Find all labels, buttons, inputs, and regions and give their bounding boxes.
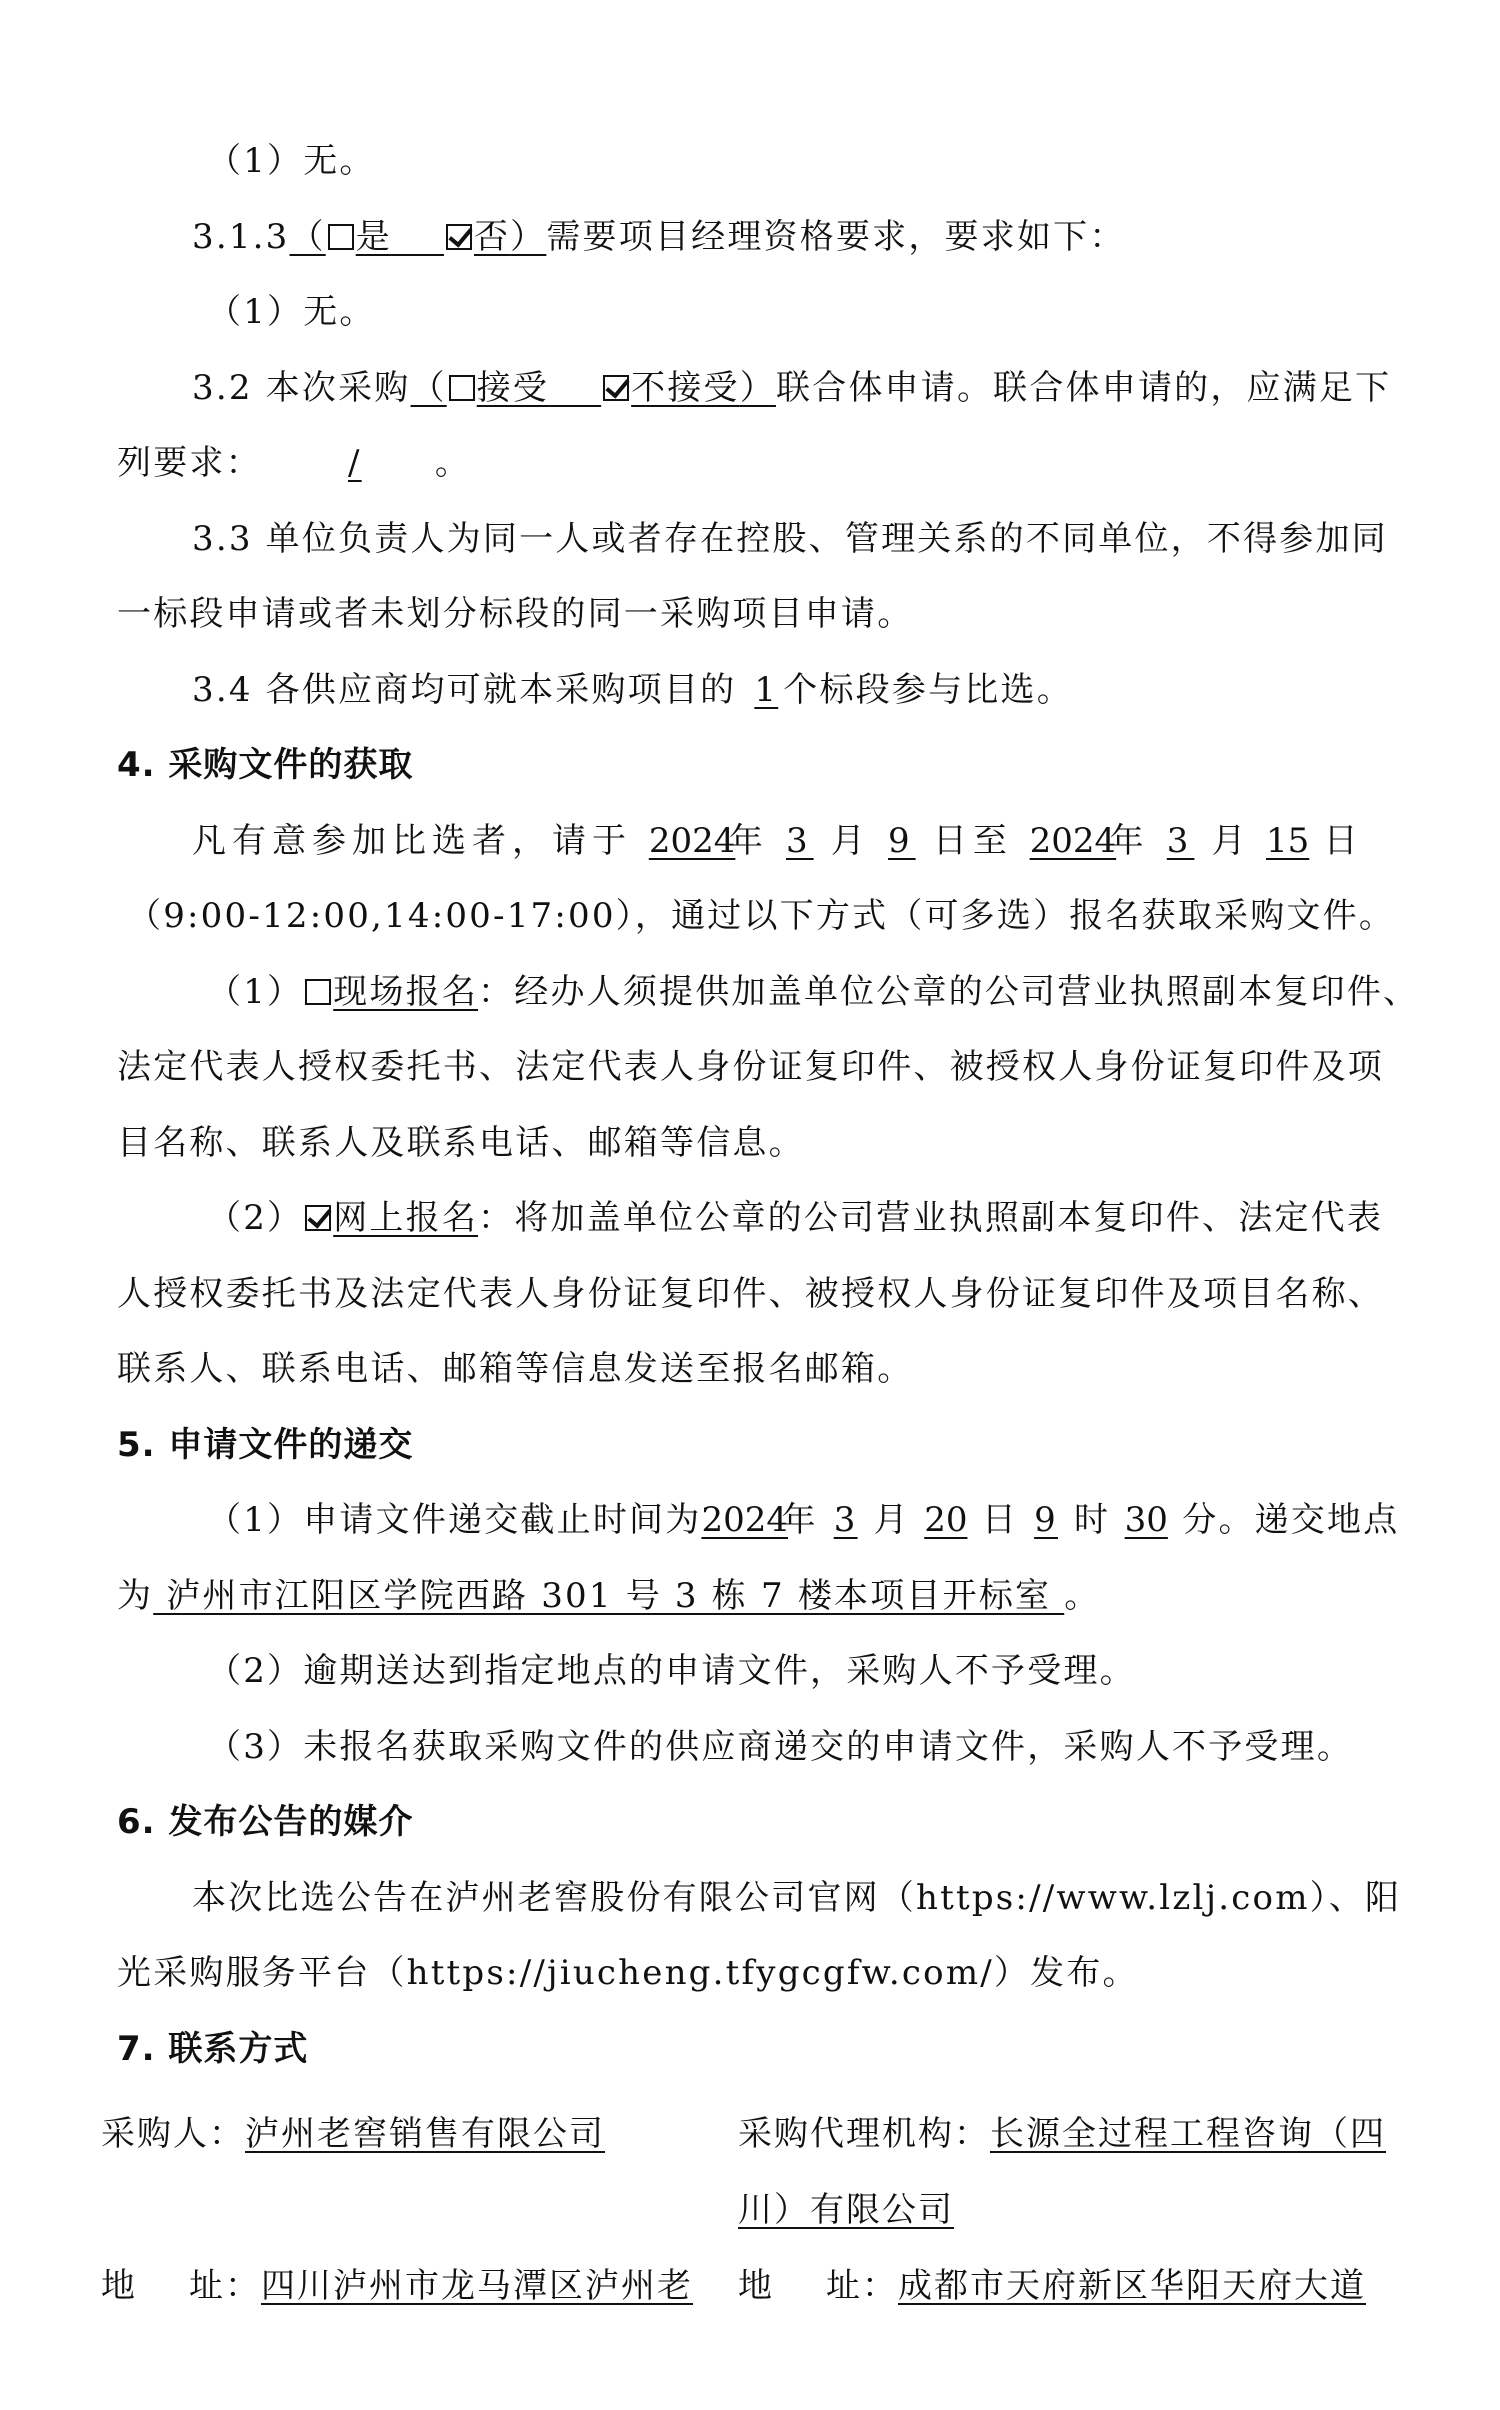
s4-hours-line: （9:00-12:00,14:00-17:00），通过以下方式（可多选）报名获取… <box>117 879 1425 955</box>
s3-1-2-item1: （1）无。 <box>117 124 1425 200</box>
start-day: 9 <box>871 804 933 880</box>
s4-online-line2: 人授权委托书及法定代表人身份证复印件、被授权人身份证复印件及项目名称、 <box>117 1257 1425 1333</box>
start-month: 3 <box>769 804 831 880</box>
checkbox-accept-icon[interactable] <box>449 375 475 401</box>
project-manager-options: （是 否） <box>290 217 547 257</box>
contact-row-names: 采购人：泸州老窖销售有限公司 采购代理机构：长源全过程工程咨询（四 <box>101 2096 1431 2172</box>
contact-row-agency-cont: 川）有限公司 <box>101 2172 1431 2248</box>
agency-cell: 采购代理机构：长源全过程工程咨询（四 <box>738 2096 1386 2172</box>
document-page: （1）无。 3.1.3（是 否）需要项目经理资格要求，要求如下： （1）无。 3… <box>117 124 1425 2087</box>
deadline-year: 2024 <box>701 1483 781 1559</box>
agency-name: 长源全过程工程咨询（四 <box>990 2114 1386 2154</box>
checkbox-no-checked-icon[interactable] <box>446 224 472 250</box>
s5-item2: （2）逾期送达到指定地点的申请文件，采购人不予受理。 <box>117 1634 1425 1710</box>
s3-4-line: 3.4 各供应商均可就本采购项目的 1个标段参与比选。 <box>117 653 1425 729</box>
s4-date-line: 凡有意参加比选者，请于 2024年3月9日至 2024年3月15日 <box>117 804 1425 880</box>
s4-onsite-line1: （1）现场报名：经办人须提供加盖单位公章的公司营业执照副本复印件、 <box>117 955 1425 1031</box>
s4-online-line1: （2）网上报名：将加盖单位公章的公司营业执照副本复印件、法定代表 <box>117 1181 1425 1257</box>
purchaser-address-cell: 地址：四川泸州市龙马潭区泸州老 <box>101 2248 693 2324</box>
checkbox-yes-icon[interactable] <box>328 224 354 250</box>
purchaser-name: 泸州老窖销售有限公司 <box>245 2114 605 2154</box>
end-day: 15 <box>1252 804 1324 880</box>
section-5-heading: 5. 申请文件的递交 <box>117 1408 1425 1484</box>
agency-address-cell: 地址：成都市天府新区华阳天府大道 <box>738 2248 1366 2324</box>
consortium-options: （接受 不接受） <box>411 368 776 408</box>
deadline-minute: 30 <box>1110 1483 1182 1559</box>
s6-line1: 本次比选公告在泸州老窖股份有限公司官网（https://www.lzlj.com… <box>117 1861 1425 1937</box>
s6-line2: 光采购服务平台（https://jiucheng.tfygcgfw.com/）发… <box>117 1936 1425 2012</box>
purchaser-address: 四川泸州市龙马潭区泸州老 <box>261 2266 693 2306</box>
s3-1-3-item1: （1）无。 <box>117 275 1425 351</box>
checkbox-reject-checked-icon[interactable] <box>603 375 629 401</box>
section-6-heading: 6. 发布公告的媒介 <box>117 1785 1425 1861</box>
s3-3-line2: 一标段申请或者未划分标段的同一采购项目申请。 <box>117 577 1425 653</box>
onsite-registration-option: 现场报名 <box>303 972 478 1012</box>
s4-online-line3: 联系人、联系电话、邮箱等信息发送至报名邮箱。 <box>117 1332 1425 1408</box>
start-year: 2024 <box>649 804 729 880</box>
s5-place-line: 为 泸州市江阳区学院西路 301 号 3 栋 7 楼本项目开标室 。 <box>117 1559 1425 1635</box>
s3-1-3-line: 3.1.3（是 否）需要项目经理资格要求，要求如下： <box>117 200 1425 276</box>
s3-2-cont: 列要求： /。 <box>117 426 1425 502</box>
s5-item3: （3）未报名获取采购文件的供应商递交的申请文件，采购人不予受理。 <box>117 1710 1425 1786</box>
s3-3-line1: 3.3 单位负责人为同一人或者存在控股、管理关系的不同单位，不得参加同 <box>117 502 1425 578</box>
s4-onsite-line3: 目名称、联系人及联系电话、邮箱等信息。 <box>117 1106 1425 1182</box>
lot-count: 1 <box>749 653 783 729</box>
requirements-blank: / <box>275 426 435 502</box>
submission-place: 泸州市江阳区学院西路 301 号 3 栋 7 楼本项目开标室 <box>153 1576 1064 1616</box>
deadline-month: 3 <box>818 1483 874 1559</box>
deadline-hour: 9 <box>1018 1483 1074 1559</box>
section-number: 3.1.3 <box>192 217 290 257</box>
section-7-heading: 7. 联系方式 <box>117 2012 1425 2088</box>
purchaser-cell: 采购人：泸州老窖销售有限公司 <box>101 2096 605 2172</box>
contact-table: 采购人：泸州老窖销售有限公司 采购代理机构：长源全过程工程咨询（四 川）有限公司… <box>101 2096 1431 2324</box>
s3-2-line: 3.2 本次采购（接受 不接受）联合体申请。联合体申请的，应满足下 <box>117 351 1425 427</box>
s5-deadline-line: （1）申请文件递交截止时间为2024年3月20日9时30分。递交地点 <box>117 1483 1425 1559</box>
agency-address: 成都市天府新区华阳天府大道 <box>898 2266 1366 2306</box>
agency-name-cont: 川）有限公司 <box>738 2190 954 2230</box>
checkbox-online-checked-icon[interactable] <box>305 1205 331 1231</box>
deadline-day: 20 <box>910 1483 982 1559</box>
end-month: 3 <box>1150 804 1212 880</box>
section-4-heading: 4. 采购文件的获取 <box>117 728 1425 804</box>
end-year: 2024 <box>1030 804 1110 880</box>
online-registration-option: 网上报名 <box>303 1198 478 1238</box>
checkbox-onsite-icon[interactable] <box>305 979 331 1005</box>
s4-onsite-line2: 法定代表人授权委托书、法定代表人身份证复印件、被授权人身份证复印件及项 <box>117 1030 1425 1106</box>
contact-row-address: 地址：四川泸州市龙马潭区泸州老 地址：成都市天府新区华阳天府大道 <box>101 2248 1431 2324</box>
